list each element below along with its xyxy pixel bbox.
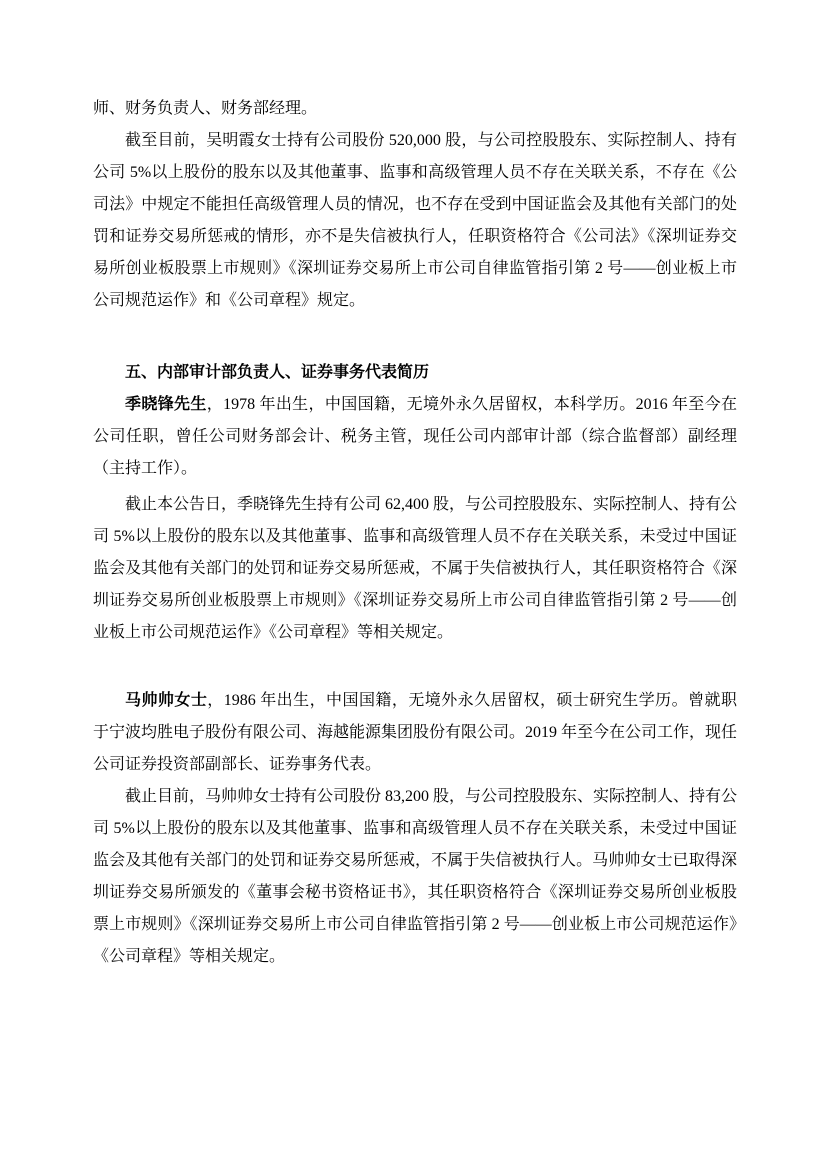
section-heading-internal-audit-and-securities-representative: 五、内部审计部负责人、证券事务代表简历 bbox=[93, 357, 737, 389]
continuation-paragraph: 师、财务负责人、财务部经理。 bbox=[93, 93, 737, 125]
document-page: 师、财务负责人、财务部经理。 截至目前，吴明霞女士持有公司股份 520,000 … bbox=[0, 0, 827, 1169]
wu-mingxia-holdings-paragraph: 截至目前，吴明霞女士持有公司股份 520,000 股，与公司控股股东、实际控制人… bbox=[93, 125, 737, 317]
ji-xiaofeng-name: 季晓锋先生 bbox=[125, 396, 207, 413]
ji-xiaofeng-holdings-paragraph: 截止本公告日，季晓锋先生持有公司 62,400 股，与公司控股股东、实际控制人、… bbox=[93, 489, 737, 649]
ma-shuaishuai-bio-paragraph: 马帅帅女士，1986 年出生，中国国籍，无境外永久居留权，硕士研究生学历。曾就职… bbox=[93, 685, 737, 781]
ji-xiaofeng-bio-paragraph: 季晓锋先生，1978 年出生，中国国籍，无境外永久居留权，本科学历。2016 年… bbox=[93, 389, 737, 485]
ma-shuaishuai-holdings-paragraph: 截止目前，马帅帅女士持有公司股份 83,200 股，与公司控股股东、实际控制人、… bbox=[93, 781, 737, 973]
ma-shuaishuai-name: 马帅帅女士 bbox=[125, 692, 207, 709]
